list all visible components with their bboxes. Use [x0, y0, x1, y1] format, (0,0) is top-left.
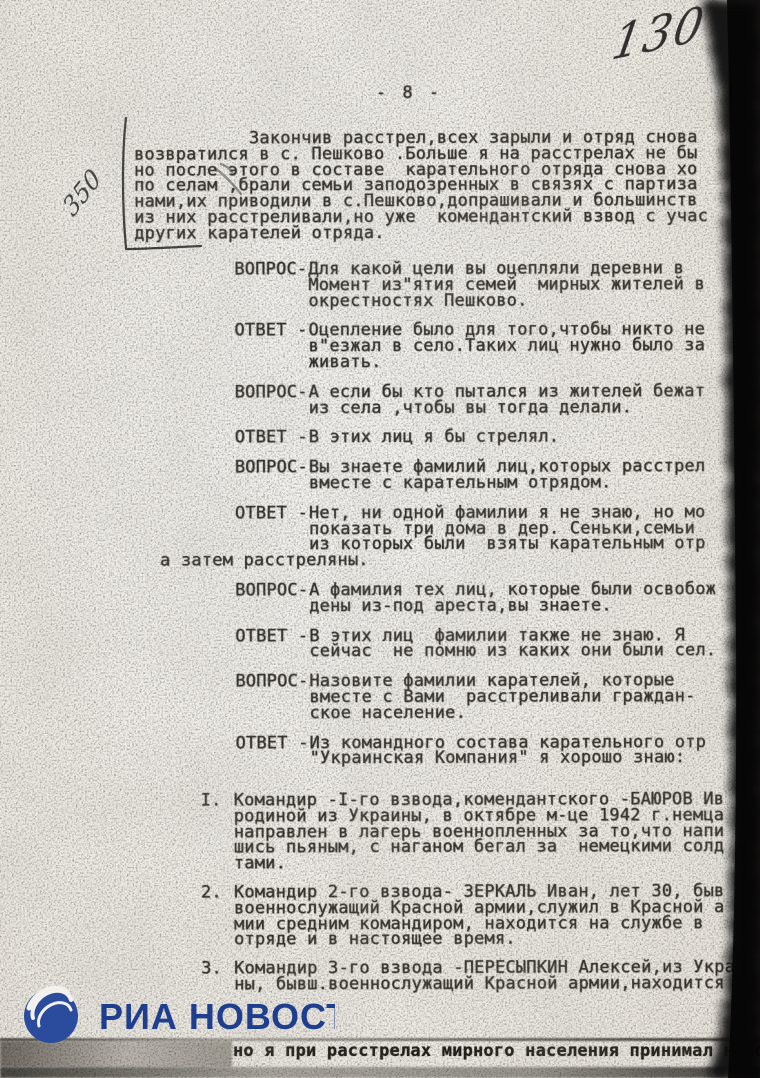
typed-line: В этих лиц я бы стрелял. [309, 429, 739, 446]
qa-label: ВОПРОС- [235, 460, 309, 492]
qa-lines: А фамилия тех лиц, которые были освобожд… [309, 582, 739, 615]
typed-line: из которых были взяты карательным отр [309, 536, 739, 553]
page-number: - 8 - [376, 86, 442, 102]
typed-line: дены из-под ареста,вы знаете. [309, 598, 739, 615]
qa-label: ОТВЕТ - [236, 736, 310, 768]
qa-label: ОТВЕТ - [234, 324, 308, 372]
qa-block: ВОПРОС-А фамилия тех лиц, которые были о… [235, 582, 705, 615]
qa-block: ОТВЕТ -Оцепление было для того,чтобы ник… [234, 323, 704, 372]
qa-label: ВОПРОС- [235, 674, 309, 722]
intro-paragraph: Закончив расстрел,всех зарыли и отряд сн… [134, 130, 708, 242]
list-item: I.Командир -I-го взвода,комендантского -… [201, 792, 760, 872]
qa-lines: Вы знаете фамилий лиц,которых расстрелвм… [309, 459, 739, 492]
strip-shadow-block [0, 1041, 232, 1067]
qa-lines: Оцепление было для того,чтобы никто нев"… [308, 322, 738, 371]
qa-block: ОТВЕТ -В этих лиц я бы стрелял. [235, 430, 705, 447]
qa-block: ВОПРОС-Вы знаете фамилий лиц,которых рас… [235, 459, 705, 492]
page-bottom-edge [0, 1067, 760, 1078]
list-item: 3.Командир 3-го взвода -ПЕРЕСЫПКИН Алекс… [201, 960, 760, 993]
typed-line: "Украинская Компания" я хорошо знаю: [310, 750, 740, 767]
overlap-strip-text: но я при расстрелах мирного населения пр… [233, 1043, 760, 1060]
typed-line: из села ,чтобы вы тогда делали. [309, 400, 739, 417]
qa-label: ВОПРОС- [234, 262, 308, 310]
typed-line: тами. [234, 855, 724, 872]
qa-block: ОТВЕТ -Нет, ни одной фамилии я не знаю, … [235, 505, 705, 569]
list-item-lines: Командир 3-го взвода -ПЕРЕСЫПКИН Алексей… [234, 960, 735, 993]
typed-line: ское население. [309, 705, 739, 722]
typed-line: отряде и в настоящее время. [234, 931, 724, 948]
typed-line: ны, бывш.военнослужащий Красной армии,на… [234, 976, 735, 993]
list-item: 2.Командир 2-го взвода- ЗЕРКАЛЬ Иван, ле… [201, 884, 760, 949]
qa-lines: Для какой цели вы оцепляли деревни вМоме… [308, 261, 738, 310]
qa-lines: А если бы кто пытался из жителей бежатиз… [309, 384, 739, 417]
list-item-lines: Командир 2-го взвода- ЗЕРКАЛЬ Иван, лет … [234, 884, 725, 948]
qa-lines: Из командного состава карательного отр"У… [310, 735, 740, 768]
qa-label: ОТВЕТ - [235, 431, 309, 447]
qa-label: ОТВЕТ - [235, 629, 309, 661]
typed-line: вместе с карательным отрядом. [309, 475, 739, 492]
qa-block: ОТВЕТ -В этих лиц фамилии также не знаю.… [235, 628, 705, 661]
qa-block: ОТВЕТ -Из командного состава карательног… [236, 735, 706, 768]
commanders-list: I.Командир -I-го взвода,комендантского -… [201, 792, 760, 1006]
list-item-number: I. [201, 793, 234, 872]
list-item-lines: Командир -I-го взвода,комендантского -БА… [234, 792, 725, 872]
typed-line: шись пьяным, с наганом бегал за немецким… [234, 839, 724, 856]
scanned-document-page: - 8 - Закончив расстрел,всех зарыли и от… [0, 0, 760, 1078]
qa-lines: В этих лиц фамилии также не знаю. Ясейча… [309, 628, 739, 661]
qa-label: ВОПРОС- [235, 385, 309, 417]
qa-lines: В этих лиц я бы стрелял. [309, 429, 739, 446]
list-item-number: 2. [201, 885, 234, 948]
list-item-number: 3. [201, 962, 234, 994]
typewritten-text-layer: - 8 - Закончив расстрел,всех зарыли и от… [0, 0, 760, 1078]
qa-block: ВОПРОС-Назовите фамилии карателей, котор… [235, 673, 705, 722]
typed-line: окрестностях Пешково. [308, 293, 738, 310]
qa-label: ВОПРОС- [235, 583, 309, 615]
qa-lines: Назовите фамилии карателей, которыевмест… [309, 673, 739, 722]
typed-line: других карателей отряда. [134, 225, 708, 242]
qa-section: ВОПРОС-Для какой цели вы оцепляли деревн… [234, 261, 705, 781]
qa-block: ВОПРОС-А если бы кто пытался из жителей … [235, 384, 705, 417]
typed-line: сейчас не помню из каких они были сел. [309, 643, 739, 660]
qa-block: ВОПРОС-Для какой цели вы оцепляли деревн… [234, 261, 704, 310]
typed-line: живать. [309, 354, 739, 371]
qa-outdent-line: а затем расстреляны. [160, 552, 739, 569]
qa-lines: Нет, ни одной фамилии я не знаю, но мопо… [309, 505, 739, 569]
